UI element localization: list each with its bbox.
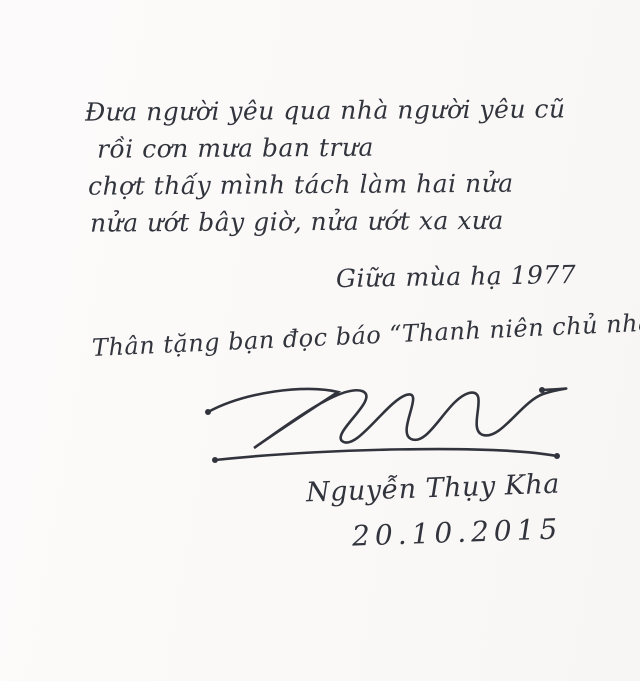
signature-flourish-icon <box>190 372 620 477</box>
signature-block <box>190 372 620 477</box>
poem-written-date: Giữa mùa hạ 1977 <box>336 260 577 293</box>
poem-line-2: rồi cơn mưa ban trưa <box>97 127 566 167</box>
poem-line-4: nửa ướt bây giờ, nửa ướt xa xưa <box>90 201 566 241</box>
poem-line-1: Đưa người yêu qua nhà người yêu cũ <box>85 90 566 130</box>
dedication-line: Thân tặng bạn đọc báo “Thanh niên chủ nh… <box>91 308 640 362</box>
poem-stanza: Đưa người yêu qua nhà người yêu cũ rồi c… <box>85 92 566 240</box>
scanned-handwritten-note: Đưa người yêu qua nhà người yêu cũ rồi c… <box>0 0 640 681</box>
signed-date: 20.10.2015 <box>351 512 562 552</box>
poem-line-3: chợt thấy mình tách làm hai nửa <box>88 164 566 204</box>
